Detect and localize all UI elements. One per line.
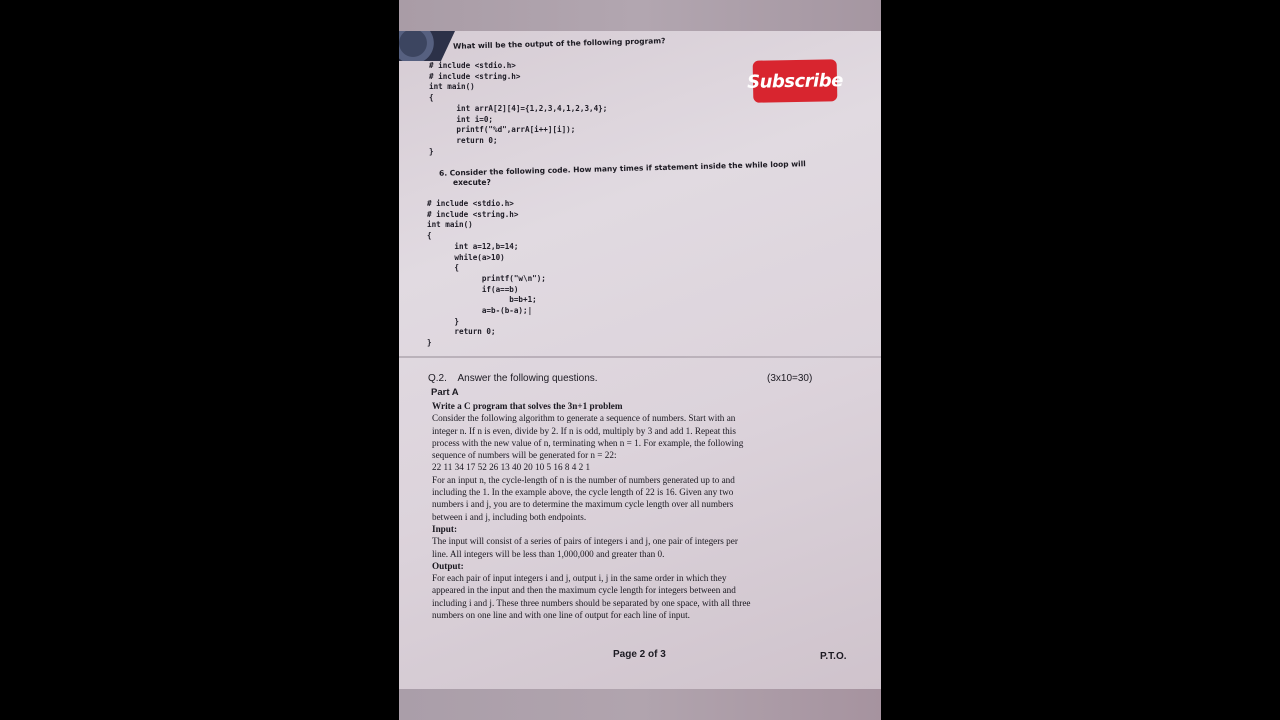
text-line: process with the new value of n, termina… bbox=[432, 437, 751, 449]
text-line: including the 1. In the example above, t… bbox=[432, 486, 751, 498]
q6-question-line1: 6. Consider the following code. How many… bbox=[439, 159, 806, 178]
text-line: For each pair of input integers i and j,… bbox=[432, 572, 751, 584]
text-line: sequence of numbers will be generated fo… bbox=[432, 449, 751, 461]
text-line: For an input n, the cycle-length of n is… bbox=[432, 474, 751, 486]
input-description: The input will consist of a series of pa… bbox=[432, 535, 751, 560]
q6-question-line2: execute? bbox=[453, 178, 491, 187]
background-band-bottom bbox=[399, 689, 881, 720]
problem-heading: Write a C program that solves the 3n+1 p… bbox=[432, 400, 751, 412]
cloth-corner-image bbox=[399, 31, 455, 61]
text-line: integer n. If n is even, divide by 2. If… bbox=[432, 425, 751, 437]
video-frame: Subscribe What will be the output of the… bbox=[399, 0, 881, 720]
part-a-label: Part A bbox=[431, 387, 459, 398]
text-line: between i and j, including both endpoint… bbox=[432, 511, 751, 523]
output-label: Output: bbox=[432, 560, 751, 572]
problem-description: Consider the following algorithm to gene… bbox=[432, 412, 751, 523]
text-line: including i and j. These three numbers s… bbox=[432, 597, 751, 609]
text-line: numbers on one line and with one line of… bbox=[432, 609, 751, 621]
sequence-line: 22 11 34 17 52 26 13 40 20 10 5 16 8 4 2… bbox=[432, 461, 751, 473]
pto-label: P.T.O. bbox=[820, 651, 847, 662]
q5-code: # include <stdio.h> # include <string.h>… bbox=[429, 61, 607, 157]
q2-body: Write a C program that solves the 3n+1 p… bbox=[432, 400, 751, 621]
subscribe-button[interactable]: Subscribe bbox=[753, 59, 838, 102]
text-line: numbers i and j, you are to determine th… bbox=[432, 498, 751, 510]
text-line: Consider the following algorithm to gene… bbox=[432, 412, 751, 424]
q5-question: What will be the output of the following… bbox=[453, 36, 666, 51]
text-line: appeared in the input and then the maxim… bbox=[432, 584, 751, 596]
q6-code: # include <stdio.h> # include <string.h>… bbox=[427, 199, 546, 349]
q2-marks: (3x10=30) bbox=[767, 373, 812, 384]
page-number: Page 2 of 3 bbox=[613, 649, 666, 660]
input-label: Input: bbox=[432, 523, 751, 535]
background-band-top bbox=[399, 0, 881, 31]
output-description: For each pair of input integers i and j,… bbox=[432, 572, 751, 621]
q2-title: Q.2. Answer the following questions. bbox=[428, 373, 598, 384]
exam-paper: Subscribe What will be the output of the… bbox=[399, 31, 881, 689]
text-line: The input will consist of a series of pa… bbox=[432, 535, 751, 547]
paper-fold-line bbox=[399, 356, 881, 358]
text-line: line. All integers will be less than 1,0… bbox=[432, 548, 751, 560]
